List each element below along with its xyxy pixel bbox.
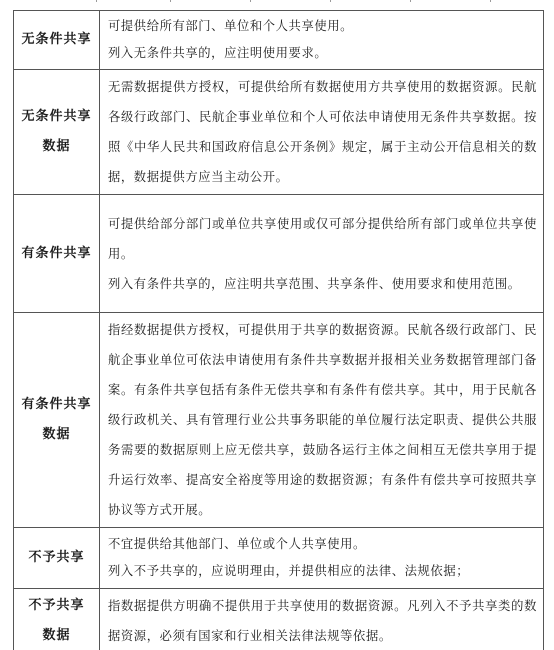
description-paragraph: 列入有条件共享的，应注明共享范围、共享条件、使用要求和使用范围。 bbox=[108, 269, 537, 299]
category-description: 指数据提供方明确不提供用于共享使用的数据资源。凡列入不予共享类的数据资源，必须有… bbox=[100, 589, 544, 650]
table-row-no-sharing-data: 不予共享 数据 指数据提供方明确不提供用于共享使用的数据资源。凡列入不予共享类的… bbox=[14, 589, 544, 650]
table-row-no-sharing: 不予共享 不宜提供给其他部门、单位或个人共享使用。 列入不予共享的，应说明理由，… bbox=[14, 528, 544, 589]
category-label-line: 无条件共享 bbox=[14, 102, 99, 132]
description-paragraph: 无需数据提供方授权，可提供给所有数据使用方共享使用的数据资源。民航各级行政部门、… bbox=[108, 72, 537, 192]
data-sharing-category-table: 无条件共享 可提供给所有部门、单位和个人共享使用。 列入无条件共享的，应注明使用… bbox=[13, 10, 544, 650]
previous-row-fragment bbox=[0, 0, 554, 4]
description-paragraph: 指数据提供方明确不提供用于共享使用的数据资源。凡列入不予共享类的数据资源，必须有… bbox=[108, 591, 537, 650]
category-label-line: 不予共享 bbox=[14, 591, 99, 621]
category-label-line: 数据 bbox=[14, 621, 99, 650]
category-label-line: 有条件共享 bbox=[14, 390, 99, 420]
description-paragraph: 列入不予共享的，应说明理由，并提供相应的法律、法规依据； bbox=[108, 558, 537, 585]
category-description: 不宜提供给其他部门、单位或个人共享使用。 列入不予共享的，应说明理由，并提供相应… bbox=[100, 528, 544, 589]
category-description: 可提供给部分部门或单位共享使用或仅可部分提供给所有部门或单位共享使用。 列入有条… bbox=[100, 195, 544, 313]
category-label-line: 数据 bbox=[14, 420, 99, 450]
category-description: 无需数据提供方授权，可提供给所有数据使用方共享使用的数据资源。民航各级行政部门、… bbox=[100, 70, 544, 195]
description-paragraph: 不宜提供给其他部门、单位或个人共享使用。 bbox=[108, 531, 537, 558]
category-label-line: 无条件共享 bbox=[14, 25, 99, 55]
category-label: 不予共享 数据 bbox=[14, 589, 100, 650]
description-paragraph: 可提供给部分部门或单位共享使用或仅可部分提供给所有部门或单位共享使用。 bbox=[108, 209, 537, 269]
category-label: 无条件共享 数据 bbox=[14, 70, 100, 195]
description-paragraph: 可提供给所有部门、单位和个人共享使用。 bbox=[108, 13, 537, 40]
category-label: 有条件共享 数据 bbox=[14, 313, 100, 528]
category-label-line: 不予共享 bbox=[14, 543, 99, 573]
category-label: 有条件共享 bbox=[14, 195, 100, 313]
description-paragraph: 列入无条件共享的，应注明使用要求。 bbox=[108, 40, 537, 67]
table-row-unconditional-sharing-data: 无条件共享 数据 无需数据提供方授权，可提供给所有数据使用方共享使用的数据资源。… bbox=[14, 70, 544, 195]
category-label-line: 数据 bbox=[14, 132, 99, 162]
category-description: 指经数据提供方授权，可提供用于共享的数据资源。民航各级行政部门、民航企事业单位可… bbox=[100, 313, 544, 528]
category-label: 无条件共享 bbox=[14, 11, 100, 70]
category-label: 不予共享 bbox=[14, 528, 100, 589]
table-row-unconditional-sharing: 无条件共享 可提供给所有部门、单位和个人共享使用。 列入无条件共享的，应注明使用… bbox=[14, 11, 544, 70]
category-label-line: 有条件共享 bbox=[14, 239, 99, 269]
table-row-conditional-sharing: 有条件共享 可提供给部分部门或单位共享使用或仅可部分提供给所有部门或单位共享使用… bbox=[14, 195, 544, 313]
table-row-conditional-sharing-data: 有条件共享 数据 指经数据提供方授权，可提供用于共享的数据资源。民航各级行政部门… bbox=[14, 313, 544, 528]
description-paragraph: 指经数据提供方授权，可提供用于共享的数据资源。民航各级行政部门、民航企事业单位可… bbox=[108, 315, 537, 525]
category-description: 可提供给所有部门、单位和个人共享使用。 列入无条件共享的，应注明使用要求。 bbox=[100, 11, 544, 70]
